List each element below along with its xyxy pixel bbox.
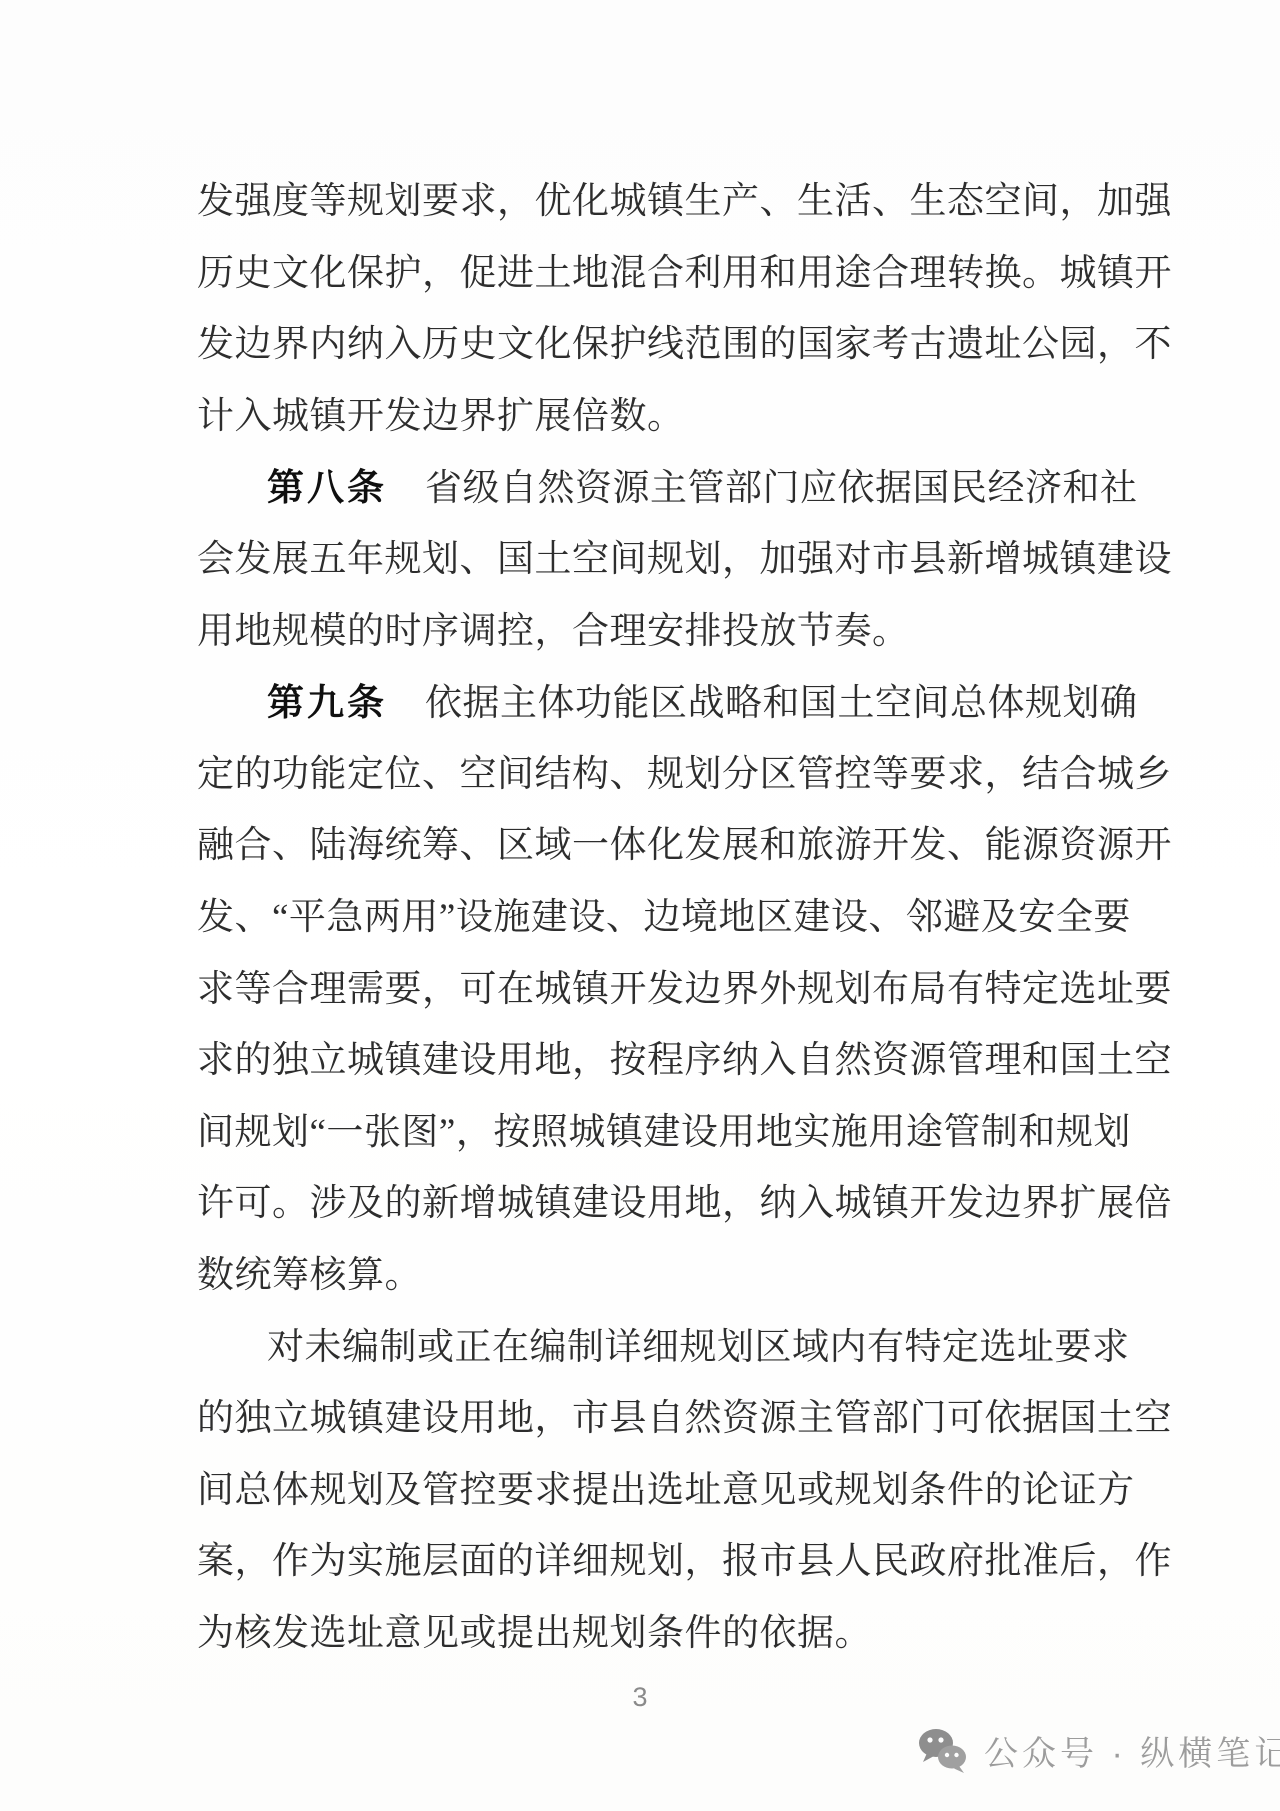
text-line: 计入城镇开发边界扩展倍数。	[197, 381, 1090, 453]
watermark-label: 公众号 · 纵横笔记	[984, 1726, 1280, 1775]
text-line: 定的功能定位、空间结构、规划分区管控等要求，结合城乡	[197, 739, 1090, 811]
text-line: 许可。涉及的新增城镇建设用地，纳入城镇开发边界扩展倍	[197, 1168, 1090, 1240]
watermark: 公众号 · 纵横笔记	[918, 1726, 1280, 1775]
text-line: 发强度等规划要求，优化城镇生产、生活、生态空间，加强	[197, 166, 1090, 238]
text-line: 依据主体功能区战略和国土空间总体规划确	[425, 683, 1138, 724]
document-body: 发强度等规划要求，优化城镇生产、生活、生态空间，加强 历史文化保护，促进土地混合…	[197, 166, 1090, 1669]
text-line: 用地规模的时序调控，合理安排投放节奏。	[197, 596, 1090, 668]
text-line: 为核发选址意见或提出规划条件的依据。	[197, 1598, 1090, 1670]
text-line: 发边界内纳入历史文化保护线范围的国家考古遗址公园，不	[197, 309, 1090, 381]
text-line: 对未编制或正在编制详细规划区域内有特定选址要求	[197, 1312, 1090, 1384]
text-line: 发、“平急两用”设施建设、边境地区建设、邻避及安全要	[197, 882, 1090, 954]
article-9-term: 第九条	[267, 682, 387, 723]
text-line: 会发展五年规划、国土空间规划，加强对市县新增城镇建设	[197, 524, 1090, 596]
text-line: 间规划“一张图”，按照城镇建设用地实施用途管制和规划	[197, 1097, 1090, 1169]
document-page: 发强度等规划要求，优化城镇生产、生活、生态空间，加强 历史文化保护，促进土地混合…	[0, 0, 1280, 1811]
text-line: 求的独立城镇建设用地，按程序纳入自然资源管理和国土空	[197, 1025, 1090, 1097]
wechat-icon	[918, 1727, 968, 1775]
page-number: 3	[0, 1682, 1280, 1713]
text-line: 融合、陆海统筹、区域一体化发展和旅游开发、能源资源开	[197, 810, 1090, 882]
text-line: 省级自然资源主管部门应依据国民经济和社	[425, 468, 1138, 509]
text-line: 历史文化保护，促进土地混合利用和用途合理转换。城镇开	[197, 238, 1090, 310]
text-line: 案，作为实施层面的详细规划，报市县人民政府批准后，作	[197, 1526, 1090, 1598]
text-line: 间总体规划及管控要求提出选址意见或规划条件的论证方	[197, 1455, 1090, 1527]
article-8-term: 第八条	[267, 467, 387, 508]
article-8-line: 第八条省级自然资源主管部门应依据国民经济和社	[197, 452, 1090, 524]
text-line: 数统筹核算。	[197, 1240, 1090, 1312]
text-line: 的独立城镇建设用地，市县自然资源主管部门可依据国土空	[197, 1383, 1090, 1455]
article-9-line: 第九条依据主体功能区战略和国土空间总体规划确	[197, 667, 1090, 739]
text-line: 求等合理需要，可在城镇开发边界外规划布局有特定选址要	[197, 954, 1090, 1026]
